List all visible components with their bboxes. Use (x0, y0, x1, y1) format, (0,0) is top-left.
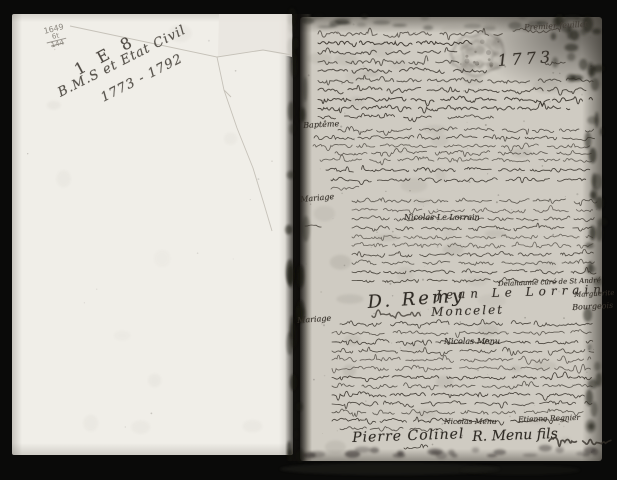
register-scan: 1649 6t 144 1 E 8 B.M.S et Etat Civil 17… (0, 0, 617, 480)
year-heading: 1773 (497, 49, 555, 69)
witness-name-regnier: Etienne Regnier (518, 414, 580, 424)
inline-name-le-lorrain: Nicolas Le Lorrain (404, 214, 480, 222)
signature-moncelet: Moncelet (431, 303, 504, 318)
signature-colinel: Pierre Colinel (352, 427, 465, 445)
signature-menu-fils: R. Menu fils (472, 427, 558, 444)
inline-name-menu: Nicolas Menu (444, 338, 500, 346)
witness-name-menu: Nicolas Menu (444, 418, 497, 426)
